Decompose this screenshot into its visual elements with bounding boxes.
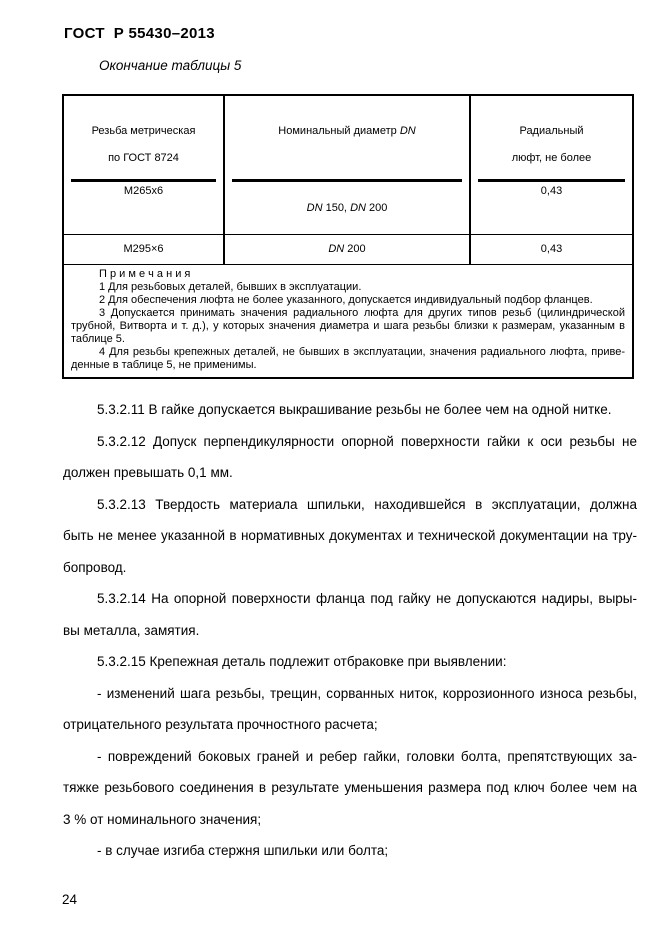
table-row-2: М295×6 DN 200 0,43 [64, 235, 632, 265]
note-line: таблице 5. [71, 333, 625, 346]
paragraph-line: - повреждений боковых граней и ребер гай… [63, 741, 637, 773]
document-page: ГОСТ Р 55430–2013 Окончание таблицы 5 Ре… [0, 0, 661, 935]
table-header-row: Резьба метрическая по ГОСТ 8724 Номиналь… [64, 96, 632, 180]
paragraph-line: вы металла, замятия. [63, 615, 637, 647]
column-header-thread: Резьба метрическая по ГОСТ 8724 [64, 96, 225, 180]
column-header-dn: Номинальный диаметр DN [225, 96, 471, 180]
column-header-thread-line1: Резьба метрическая [64, 118, 223, 145]
note-line: 1 Для резьбовых деталей, бывших в эксплу… [71, 281, 625, 294]
paragraph-line: 5.3.2.15 Крепежная деталь подлежит отбра… [63, 646, 637, 678]
body-text: 5.3.2.11 В гайке допускается выкрашивани… [63, 394, 637, 867]
dn-value: 200 [347, 243, 365, 256]
table-cell-dn: DN 200 [225, 235, 471, 264]
table-caption: Окончание таблицы 5 [99, 58, 241, 73]
paragraph-line: быть не менее указанной в нормативных до… [63, 520, 637, 552]
paragraph-line: должен превышать 0,1 мм. [63, 457, 637, 489]
note-line: 2 Для обеспечения люфта не более указанн… [71, 294, 625, 307]
column-header-thread-line2: по ГОСТ 8724 [64, 145, 223, 172]
column-header-clearance-line2: люфт, не более [471, 145, 632, 172]
note-line: денные в таблице 5, не применимы. [71, 359, 625, 372]
table-notes: П р и м е ч а н и я 1 Для резьбовых дета… [64, 265, 632, 377]
page-number: 24 [62, 892, 77, 907]
paragraph-line: 5.3.2.13 Твердость материала шпильки, на… [63, 489, 637, 521]
dn-label: DN [307, 202, 323, 214]
paragraph-line: 5.3.2.14 На опорной поверхности фланца п… [63, 583, 637, 615]
paragraph-line: тяжке резьбового соединения в результате… [63, 772, 637, 804]
note-line: трубной, Витворта и т. д.), у которых зн… [71, 320, 625, 333]
dn-value: 150, [326, 202, 347, 214]
dn-header-symbol: DN [400, 125, 416, 137]
table-cell-thread: М295×6 [64, 235, 225, 264]
paragraph-line: - в случае изгиба стержня шпильки или бо… [63, 835, 637, 867]
dn-value: 200 [369, 202, 387, 214]
table-cell-clearance: 0,43 [471, 180, 632, 234]
column-header-clearance: Радиальный люфт, не более [471, 96, 632, 180]
paragraph-line: 5.3.2.12 Допуск перпендикулярности опорн… [63, 426, 637, 458]
column-header-dn-line: Номинальный диаметр DN [225, 118, 469, 145]
table-5: Резьба метрическая по ГОСТ 8724 Номиналь… [62, 94, 634, 379]
paragraph-line: отрицательного результата прочностного р… [63, 709, 637, 741]
dn-label: DN [350, 202, 366, 214]
note-line: 4 Для резьбы крепежных деталей, не бывши… [71, 346, 625, 359]
notes-title: П р и м е ч а н и я [99, 268, 625, 281]
table-cell-clearance: 0,43 [471, 235, 632, 264]
paragraph-line: 3 % от номинального значения; [63, 804, 637, 836]
paragraph-line: 5.3.2.11 В гайке допускается выкрашивани… [63, 394, 637, 426]
table-cell-thread: М265x6 [64, 180, 225, 234]
paragraph-line: - изменений шага резьбы, трещин, сорванн… [63, 678, 637, 710]
column-header-clearance-line1: Радиальный [471, 118, 632, 145]
document-code: ГОСТ Р 55430–2013 [64, 25, 215, 42]
dn-label: DN [328, 243, 344, 256]
dn-header-text: Номинальный диаметр [278, 125, 396, 137]
note-line: 3 Допускается принимать значения радиаль… [71, 307, 625, 320]
table-cell-dn: DN 150, DN 200 [225, 180, 471, 234]
table-row-1: М265x6 DN 150, DN 200 0,43 [64, 180, 632, 235]
paragraph-line: бопровод. [63, 552, 637, 584]
